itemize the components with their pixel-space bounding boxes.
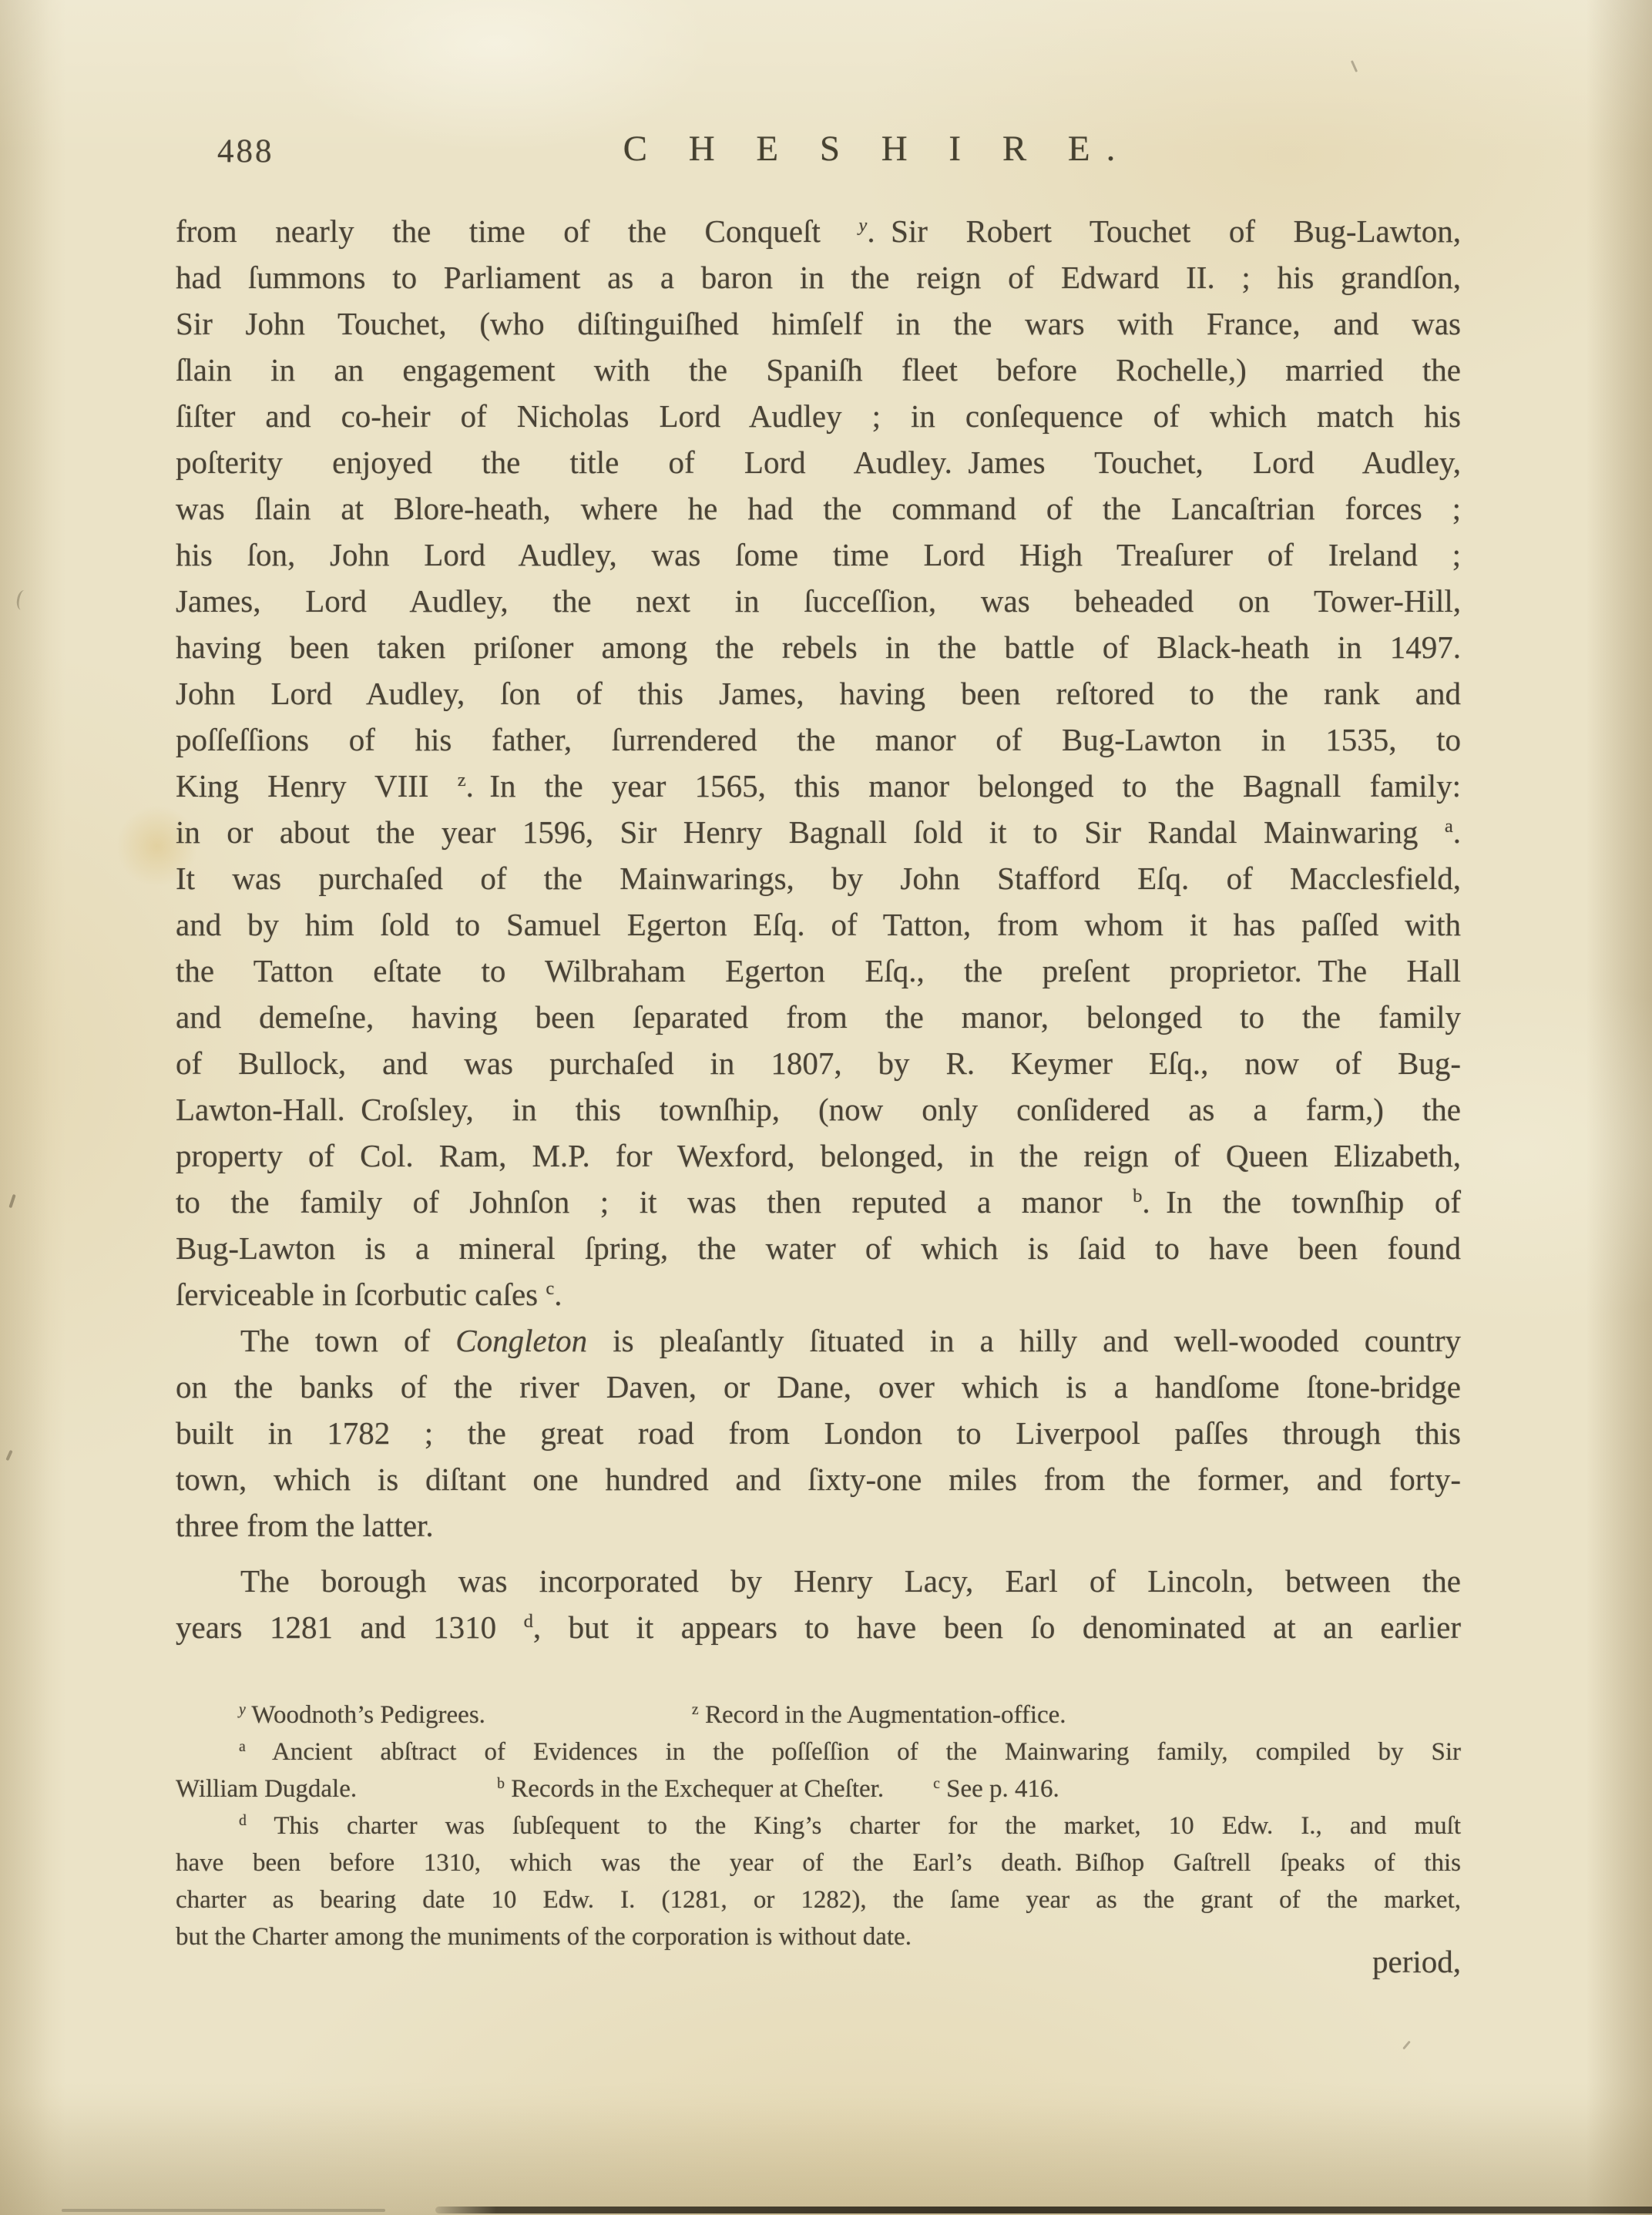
footnote-line: a Ancient abſtract of Evidences in the p… [176,1733,1461,1770]
catchword: period, [176,1943,1466,1980]
body-text: from nearly the time of the Conqueſt y. … [176,208,1461,1955]
text-line: having been taken priſoner among the reb… [176,624,1461,670]
text-line: poſterity enjoyed the title of Lord Audl… [176,439,1461,485]
paragraph-1: from nearly the time of the Conqueſt y. … [176,208,1461,1317]
footnote-line: have been before 1310, which was the yea… [176,1844,1461,1881]
text-line: town, which is diſtant one hundred and ſ… [176,1456,1461,1502]
running-header: C H E S H I R E. [43,128,1652,169]
text-line: Sir John Touchet, (who diſtinguiſhed him… [176,300,1461,347]
text-line: of Bullock, and was purchaſed in 1807, b… [176,1040,1461,1086]
text-line: the Tatton eſtate to Wilbraham Egerton E… [176,948,1461,994]
footnote-line: charter as bearing date 10 Edw. I. (1281… [176,1881,1461,1918]
text-line: three from the latter. [176,1502,1461,1549]
scan-artifact [1402,2041,1411,2050]
text-line: Bug-Lawton is a mineral ſpring, the wate… [176,1225,1461,1271]
text-line: was ſlain at Blore-heath, where he had t… [176,485,1461,532]
scan-artifact [8,1194,15,1208]
text-line: had ſummons to Parliament as a baron in … [176,254,1461,300]
footnote-line: William Dugdale.b Records in the Exchequ… [176,1770,1461,1807]
text-line: on the banks of the river Daven, or Dane… [176,1364,1461,1410]
text-line: ſlain in an engagement with the Spaniſh … [176,347,1461,393]
text-line: King Henry VIII z. In the year 1565, thi… [176,763,1461,809]
scan-edge-shadow [435,2207,1652,2213]
text-line: in or about the year 1596, Sir Henry Bag… [176,809,1461,855]
text-line: and by him ſold to Samuel Egerton Eſq. o… [176,901,1461,948]
text-line: and demeſne, having been ſeparated from … [176,994,1461,1040]
footnote-line: d This charter was ſubſequent to the Kin… [176,1807,1461,1844]
text-line: built in 1782 ; the great road from Lond… [176,1410,1461,1456]
scan-artifact [1351,60,1358,72]
scan-artifact [5,1450,12,1461]
text-line: ſerviceable in ſcorbutic caſes c. [176,1271,1461,1317]
text-line: years 1281 and 1310 d, but it appears to… [176,1604,1461,1650]
footnote-line: y Woodnoth’s Pedigrees.z Record in the A… [176,1696,1461,1733]
text-line: It was purchaſed of the Mainwarings, by … [176,855,1461,901]
text-line: ſiſter and co-heir of Nicholas Lord Audl… [176,393,1461,439]
paragraph-2: The town of Congleton is pleaſantly ſitu… [176,1317,1461,1549]
text-line: to the family of Johnſon ; it was then r… [176,1179,1461,1225]
text-line: The town of Congleton is pleaſantly ſitu… [176,1317,1461,1364]
text-line: James, Lord Audley, the next in ſucceſſi… [176,578,1461,624]
text-line: Lawton-Hall. Croſsley, in this townſhip,… [176,1086,1461,1133]
text-line: his ſon, John Lord Audley, was ſome time… [176,532,1461,578]
text-line: property of Col. Ram, M.P. for Wexford, … [176,1133,1461,1179]
text-line: John Lord Audley, ſon of this James, hav… [176,670,1461,717]
paragraph-3: The borough was incorporated by Henry La… [176,1558,1461,1650]
text-line: poſſeſſions of his father, ſurrendered t… [176,717,1461,763]
scan-edge-shadow [62,2209,385,2212]
footnotes: y Woodnoth’s Pedigrees.z Record in the A… [176,1696,1461,1955]
scan-artifact [15,589,30,611]
text-line: from nearly the time of the Conqueſt y. … [176,208,1461,254]
text-line: The borough was incorporated by Henry La… [176,1558,1461,1604]
book-page: 488 C H E S H I R E. from nearly the tim… [0,0,1652,2215]
